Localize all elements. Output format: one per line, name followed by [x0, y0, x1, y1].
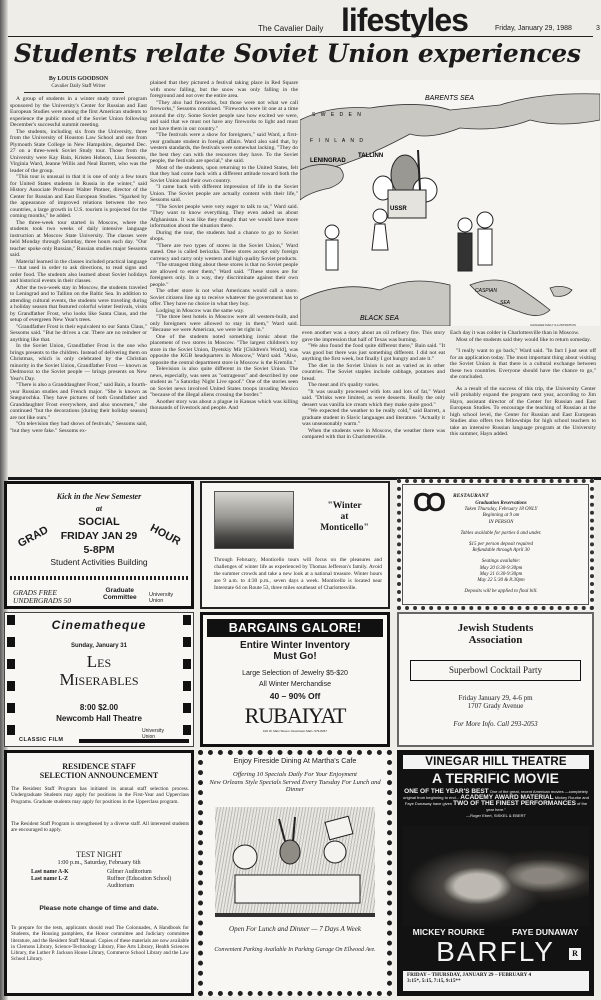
title-line: "Winter: [302, 501, 387, 512]
ad-banner: BARGAINS GALORE!: [207, 619, 383, 637]
jewelry-text: Large Selection of Jewelry $5-$20: [242, 670, 348, 677]
paragraph: The Resident Staff Program is strengthen…: [11, 821, 189, 834]
mad-hatter-tea-party-illustration: [215, 807, 375, 917]
film-bar: [79, 739, 189, 743]
svg-text:TALLINN: TALLINN: [358, 153, 383, 159]
headline-line: Entire Winter Inventory: [203, 640, 387, 651]
paragraph: When the students were in Moscow, the we…: [302, 428, 445, 441]
paragraph: "The three best hotels in Moscow were al…: [150, 314, 298, 334]
paragraph: Television is also quite different in th…: [150, 366, 298, 399]
series-name: Cinematheque: [5, 618, 193, 632]
time-price: 8:00 $2.00: [5, 703, 193, 712]
group-l-z: Last name L-Z: [31, 876, 69, 883]
name-groups: Last name A-K Last name L-Z: [31, 869, 69, 883]
paragraph: "There are two types of stores in the So…: [150, 243, 298, 263]
ad-title: "Winter at Monticello": [302, 501, 387, 534]
ad-social-word: SOCIAL: [7, 516, 191, 528]
map-drawing-icon: BARENTS SEA S W E D E N F I N L A N D LE…: [300, 80, 600, 326]
ad-header: Enjoy Fireside Dining At Martha's Cafe: [203, 756, 387, 765]
theatre-name: VINEGAR HILL THEATRE: [403, 755, 589, 769]
monticello-photo: [214, 491, 294, 549]
ad-kicker: Kick in the New Semester: [7, 492, 191, 501]
paragraph: The Resident Staff Program has initiated…: [11, 786, 189, 805]
title-line: at: [302, 512, 387, 523]
newspaper-page: The Cavalier Daily lifestyles Friday, Ja…: [0, 0, 601, 1000]
paragraph: During the tour, the students had a chan…: [150, 230, 298, 243]
paragraph: A group of students in a winter study tr…: [10, 96, 147, 129]
review-quote: ONE OF THE YEAR'S BEST One of the great,…: [403, 789, 589, 819]
article-column-1: By LOUIS GOODSON Cavalier Daily Staff Wr…: [10, 76, 147, 434]
quote-attribution: —Roger Ebert, SISKEL & EBERT: [403, 813, 589, 819]
ad-specials: Offering 10 Specials Daily For Your Enjo…: [203, 771, 387, 794]
org-name-line: Jewish Students: [399, 622, 592, 634]
paragraph: In the Soviet Union, Grandfather Frost i…: [10, 343, 147, 382]
paragraph: As a result of the success of this trip,…: [450, 386, 596, 438]
location-2: Ruffner (Education School) Auditorium: [107, 876, 187, 890]
location-1: Gilmer Auditorium: [107, 869, 187, 876]
jewelry-line: Large Selection of Jewelry $5-$20: [203, 670, 387, 677]
byline-role: Cavalier Daily Staff Writer: [10, 84, 147, 91]
issue-date: Friday, January 29, 1988: [495, 25, 572, 32]
ad-residence-staff: RESIDENCE STAFF SELECTION ANNOUNCEMENT T…: [4, 750, 194, 996]
ad-vinegar-hill-barfly: VINEGAR HILL THEATRE A TERRIFIC MOVIE ON…: [397, 750, 594, 996]
svg-text:USSR: USSR: [390, 206, 407, 212]
org-name-line: Association: [399, 634, 592, 646]
paragraph: "We expected the weather to be really co…: [302, 408, 445, 428]
ad-jewish-students-association: Jewish Students Association Superbowl Co…: [397, 612, 594, 747]
restaurant-name: RESTAURANT: [453, 493, 489, 499]
title-line: Monticello": [302, 523, 387, 534]
ad-body: Through February, Monticello tours will …: [214, 557, 382, 592]
venue: Newcomb Hall Theatre: [5, 714, 193, 723]
title-line: SELECTION ANNOUNCEMENT: [7, 771, 191, 780]
specials-line: New Orleans Style Specials Served Every …: [203, 779, 387, 794]
ad-grad-social-hour: Kick in the New Semester at SOCIAL GRAD …: [4, 481, 194, 609]
test-title: TEST NIGHT: [7, 851, 191, 859]
group-a-k: Last name A-K: [31, 869, 69, 876]
headline-line: Must Go!: [203, 651, 387, 662]
ad-title: RESIDENCE STAFF SELECTION ANNOUNCEMENT: [7, 762, 191, 780]
quote-highlight: TWO OF THE FINEST PERFORMANCES: [453, 800, 576, 807]
actors-photo: [403, 826, 589, 926]
svg-text:BLACK SEA: BLACK SEA: [360, 315, 399, 322]
film-title: Les Miserables: [5, 653, 193, 689]
paragraph: To prepare for the tests, applicants sho…: [11, 925, 189, 963]
hours-line: Open For Lunch and Dinner — 7 Days A Wee…: [203, 925, 387, 933]
screening-date: Sunday, January 31: [5, 643, 193, 649]
svg-text:CASPIAN: CASPIAN: [475, 288, 497, 294]
paragraph: "Grandfather Frost is their equivalent t…: [10, 324, 147, 344]
sponsor-university-union: University Union: [149, 592, 173, 604]
rating-badge: R: [569, 948, 581, 960]
label-barents-sea: BARENTS SEA: [425, 95, 474, 102]
sponsor-graduate-committee: Graduate Committee: [103, 587, 137, 601]
paragraph: After the two-week stay in Moscow, the s…: [10, 285, 147, 324]
soviet-map-illustration: BARENTS SEA S W E D E N F I N L A N D LE…: [300, 80, 600, 326]
ad-headline: A TERRIFIC MOVIE: [399, 770, 592, 786]
ad-time: 5-8PM: [7, 544, 191, 556]
test-night: TEST NIGHT 1:00 p.m., Saturday, February…: [7, 851, 191, 867]
svg-text:S W E D E N: S W E D E N: [312, 112, 363, 118]
paragraph: The students, including six from the Uni…: [10, 129, 147, 175]
ad-cinematheque: Cinematheque Sunday, January 31 Les Mise…: [4, 612, 194, 747]
svg-text:LENINGRAD: LENINGRAD: [310, 158, 346, 164]
paragraph: Most of the students said they would lik…: [450, 337, 596, 344]
detail-line: Deposits will be applied to final bill.: [431, 589, 571, 595]
ad-winter-monticello: "Winter at Monticello" Through February,…: [200, 481, 390, 609]
ad-rubaiyat: BARGAINS GALORE! Entire Winter Inventory…: [200, 612, 390, 747]
discount-line: 40 – 90% Off: [203, 691, 387, 701]
event-time: Friday January 29, 4-6 pm: [399, 694, 592, 702]
change-notice: Please note change of time and date.: [7, 905, 191, 912]
paper-name: The Cavalier Daily: [258, 24, 323, 33]
event-address: 1707 Grady Avenue: [399, 702, 592, 710]
masthead: The Cavalier Daily lifestyles Friday, Ja…: [8, 0, 601, 40]
reservation-details: Graduation Reservations Taken Thursday, …: [431, 501, 571, 595]
paragraph: "They also had fireworks, but those were…: [150, 100, 298, 133]
paragraph: "I came back with different impression o…: [150, 184, 298, 204]
film-title-line: Miserables: [5, 671, 193, 689]
event-details: Friday January 29, 4-6 pm 1707 Grady Ave…: [399, 694, 592, 710]
wave-divider: [10, 576, 188, 580]
paragraph: Each day it was colder in Charlottesvill…: [450, 330, 596, 337]
paragraph: The three-week tour started in Moscow, w…: [10, 220, 147, 259]
paragraph: "The festivals were a show for foreigner…: [150, 132, 298, 165]
ad-marthas-cafe: Enjoy Fireside Dining At Martha's Cafe O…: [198, 750, 392, 996]
paragraph: "The strangest thing about these stores …: [150, 262, 298, 288]
paragraph: "This tour is unusual in that it is one …: [10, 174, 147, 220]
paragraph: Most of the students, upon returning to …: [150, 165, 298, 185]
paragraph: "There is also a Granddaughter Frost," s…: [10, 382, 147, 421]
merchandise-line: All Winter Merchandise: [203, 681, 387, 688]
ad-co-restaurant: CO RESTAURANT Graduation Reservations Ta…: [397, 479, 594, 610]
classic-film-tag: CLASSIC FILM: [19, 737, 64, 743]
page-number: 3: [596, 25, 600, 32]
paragraph: "On television they had shows of festiva…: [10, 421, 147, 434]
paragraph: plained that they pictured a festival ta…: [150, 80, 298, 100]
ad-headline: Entire Winter Inventory Must Go!: [203, 640, 387, 662]
store-address: 100 W. Main Street • Downtown Mall • 979…: [203, 729, 387, 733]
org-name: Jewish Students Association: [399, 622, 592, 646]
event-name: Superbowl Cocktail Party: [410, 660, 581, 681]
paragraph: One of the students noted something iron…: [150, 334, 298, 367]
showtimes: FRIDAY – THURSDAY, JANUARY 29 – FEBRUARY…: [403, 971, 589, 991]
paragraph: "We also found the food quite different …: [302, 343, 445, 363]
article-headline: Students relate Soviet Union experiences: [14, 38, 599, 70]
price-undergrads: UNDERGRADS 50: [13, 597, 71, 605]
svg-text:SEA: SEA: [500, 300, 511, 306]
svg-text:F I N L A N D: F I N L A N D: [310, 138, 365, 144]
ad-at: at: [7, 504, 191, 513]
paragraph: "I really want to go back," Ward said. "…: [450, 348, 596, 381]
paragraph: even another was a story about an oil re…: [302, 330, 445, 343]
paragraph: "The Soviet people were very eager to ta…: [150, 204, 298, 230]
ad-prices: GRADS FREE UNDERGRADS 50: [13, 589, 71, 605]
parking-line: Convenient Parking Available In Parking …: [203, 947, 387, 955]
sponsor-line: Union: [149, 598, 173, 604]
sponsor-line: Committee: [103, 594, 137, 601]
sponsor-line: Graduate: [103, 587, 137, 594]
test-locations: Gilmer Auditorium Ruffner (Education Sch…: [107, 869, 187, 890]
paragraph: "It was usually processed with lots and …: [302, 389, 445, 409]
title-line: RESIDENCE STAFF: [7, 762, 191, 771]
movie-title: BARFLY: [399, 937, 592, 967]
article-column-3: even another was a story about an oil re…: [302, 330, 445, 441]
section-title: lifestyles: [341, 3, 468, 37]
paragraph: Another story was about a plague in Kans…: [150, 399, 298, 412]
contact-info: For More Info. Call 293-2053: [399, 720, 592, 728]
paragraph: Material learned in the classes included…: [10, 259, 147, 285]
byline: By LOUIS GOODSON: [10, 76, 147, 83]
specials-line: Offering 10 Specials Daily For Your Enjo…: [203, 771, 387, 779]
film-title-line: Les: [5, 653, 193, 671]
ad-date: FRIDAY JAN 29: [7, 530, 191, 542]
tea-party-icon: [215, 807, 375, 913]
test-time: 1:00 p.m., Saturday, February 6th: [7, 859, 191, 867]
masthead-rule: [8, 36, 593, 37]
byline-rule: [24, 92, 124, 93]
rubaiyat-logo: RUBAIYAT: [203, 703, 387, 729]
ad-place: Student Activities Building: [7, 557, 191, 567]
illustration-credit: CAVALIER DAILY ILLUSTRATION: [530, 323, 576, 327]
show-times: 3:15*, 5:15, 7:15, 9:15**: [407, 978, 585, 984]
paragraph: The other store is not what Americans wo…: [150, 288, 298, 308]
paragraph: The diet in the Soviet Union is not as v…: [302, 363, 445, 383]
article-column-2: plained that they pictured a festival ta…: [150, 80, 298, 412]
article-column-4: Each day it was colder in Charlottesvill…: [450, 330, 596, 438]
